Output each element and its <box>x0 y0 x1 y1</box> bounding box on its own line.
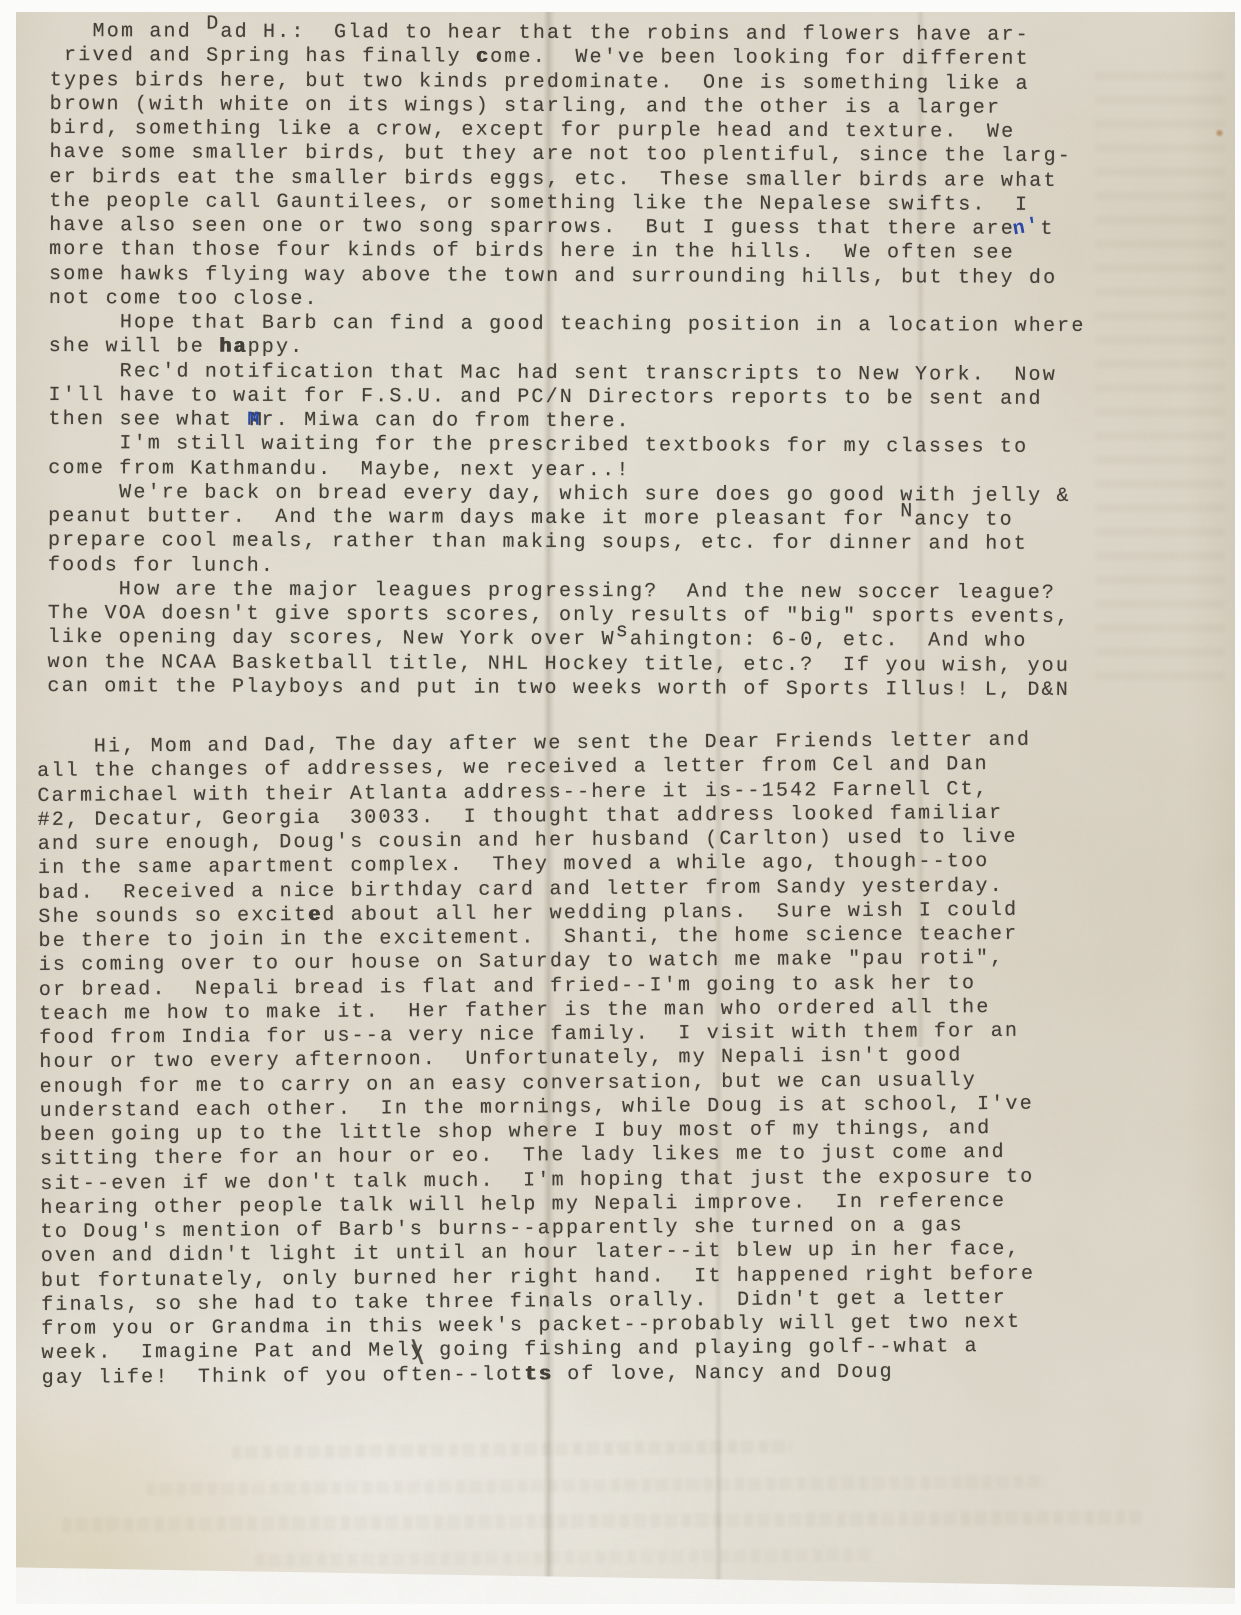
typed-correction-bold: ts <box>524 1363 553 1386</box>
scan-background: Mom and Dad H.: Glad to hear that the ro… <box>0 0 1241 1615</box>
typed-correction-blueover: M <box>247 409 261 432</box>
letter-line: can omit the Playboys and put in two wee… <box>47 675 1187 704</box>
typed-correction-sup: D <box>206 13 220 36</box>
typed-correction-bold: e <box>308 904 322 927</box>
typed-correction-blue: n' <box>1011 214 1043 243</box>
typed-correction-bold: c <box>476 46 490 69</box>
typed-correction-bold: ha <box>219 336 247 359</box>
letter-text: Mom and Dad H.: Glad to hear that the ro… <box>50 20 1190 1391</box>
typed-correction-sup: N <box>900 500 914 523</box>
rust-spot <box>1215 129 1224 137</box>
typed-correction-slash: y <box>411 1339 425 1363</box>
typed-correction-sup: s <box>616 620 630 643</box>
scanned-letter-page: { "meta": { "kind": "typewritten persona… <box>0 0 1241 1615</box>
letter-from-nancy: Hi, Mom and Dad, The day after we sent t… <box>37 728 1195 1391</box>
letter-from-doug: Mom and Dad H.: Glad to hear that the ro… <box>47 20 1190 703</box>
